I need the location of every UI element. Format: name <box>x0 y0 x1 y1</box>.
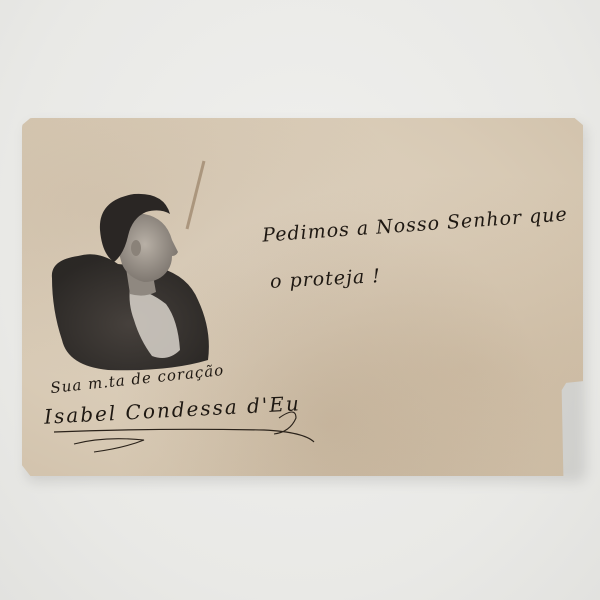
inscription-line-2: o proteja ! <box>270 265 382 293</box>
portrait-photo-icon <box>48 190 216 372</box>
signature-flourish-icon <box>34 408 334 458</box>
antique-card: Pedimos a Nosso Senhor que o proteja ! S… <box>22 118 583 476</box>
inscription-line-1: Pedimos a Nosso Senhor que <box>262 203 569 246</box>
